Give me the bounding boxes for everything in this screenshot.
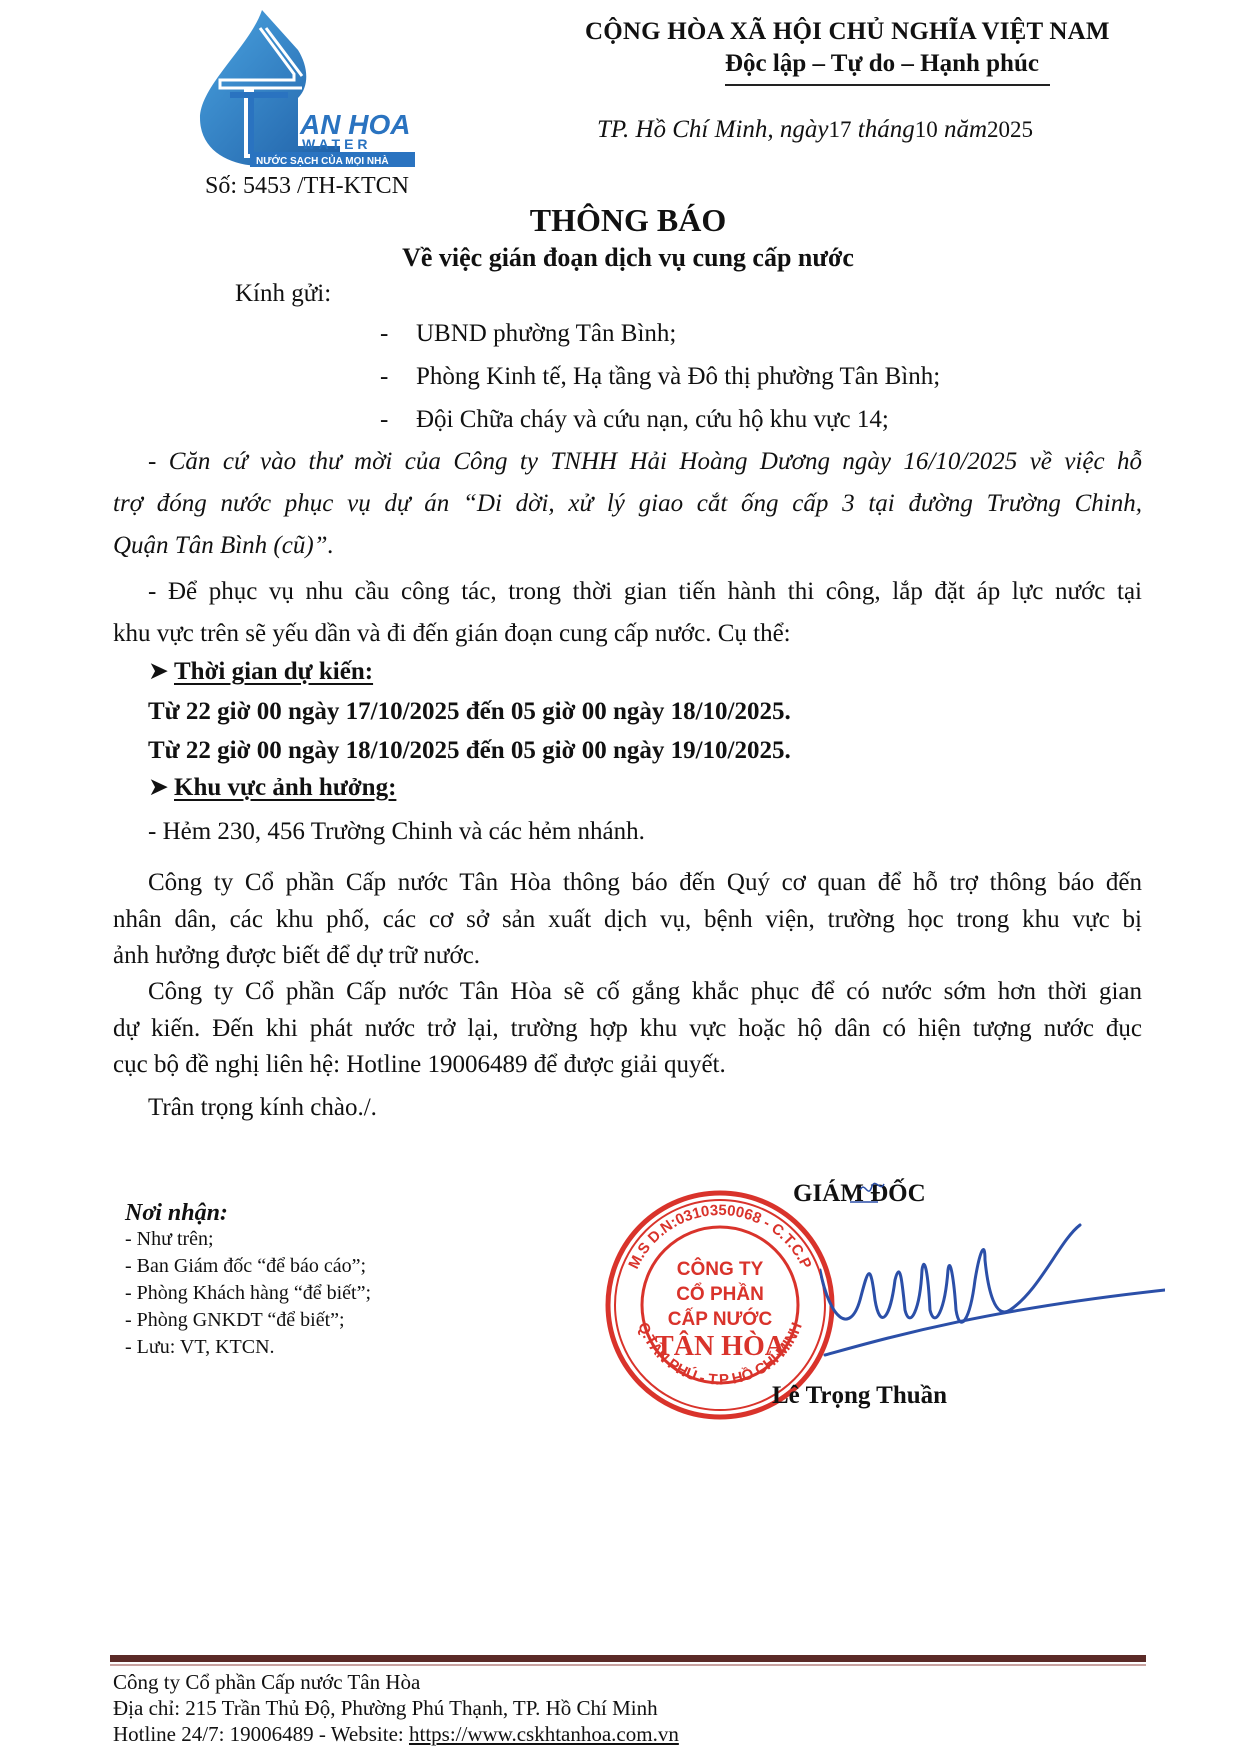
- effort-line: dự kiến. Đến khi phát nước trở lại, trườ…: [113, 1015, 1142, 1043]
- date-prefix: TP. Hồ Chí Minh, ngày: [597, 116, 829, 143]
- schedule-item: Từ 22 giờ 00 ngày 17/10/2025 đến 05 giờ …: [148, 698, 1177, 726]
- recipient-item: -Đội Chữa cháy và cứu nạn, cứu hộ khu vự…: [380, 406, 889, 434]
- svg-text:NƯỚC SẠCH CỦA MỌI NHÀ: NƯỚC SẠCH CỦA MỌI NHÀ: [256, 154, 389, 167]
- receiver-item: - Như trên;: [125, 1228, 214, 1251]
- basis-line: trợ đóng nước phục vụ dự án “Di dời, xử …: [113, 490, 1142, 518]
- date-year: 2025: [987, 117, 1033, 142]
- notice-line: nhân dân, các khu phố, các cơ sở sản xuấ…: [113, 906, 1142, 934]
- svg-text:WATER: WATER: [302, 136, 372, 152]
- notice-line: Công ty Cổ phần Cấp nước Tân Hòa thông b…: [148, 869, 1142, 897]
- footer-hotline: Hotline 24/7: 19006489 - Website:: [113, 1722, 409, 1746]
- footer-contact: Hotline 24/7: 19006489 - Website: https:…: [113, 1722, 679, 1747]
- website-link[interactable]: https://www.cskhtanhoa.com.vn: [409, 1722, 679, 1746]
- receivers-title: Nơi nhận:: [125, 1200, 228, 1227]
- footer-address: Địa chỉ: 215 Trần Thủ Độ, Phường Phú Thạ…: [113, 1696, 658, 1721]
- footer-company: Công ty Cổ phần Cấp nước Tân Hòa: [113, 1670, 420, 1695]
- document-number: Số: 5453 /TH-KTCN: [205, 173, 409, 200]
- effort-line: cục bộ đề nghị liên hệ: Hotline 19006489…: [113, 1051, 1142, 1079]
- receiver-item: - Lưu: VT, KTCN.: [125, 1336, 275, 1359]
- recipient-item: -Phòng Kinh tế, Hạ tầng và Đô thị phường…: [380, 363, 940, 391]
- receiver-item: - Ban Giám đốc “để báo cáo”;: [125, 1255, 366, 1278]
- date-month-label: tháng: [858, 116, 915, 143]
- arrow-bullet-icon: ➤: [148, 656, 174, 686]
- basis-line: Quận Tân Bình (cũ)”.: [113, 532, 1142, 560]
- svg-text:TÂN HÒA: TÂN HÒA: [655, 1331, 786, 1362]
- receiver-item: - Phòng GNKDT “để biết”;: [125, 1309, 345, 1332]
- signer-name: Lê Trọng Thuần: [772, 1382, 947, 1410]
- schedule-heading: ➤Thời gian dự kiến:: [148, 656, 373, 686]
- schedule-item: Từ 22 giờ 00 ngày 18/10/2025 đến 05 giờ …: [148, 737, 1177, 765]
- date-month: 10: [915, 117, 938, 142]
- national-motto: Độc lập – Tự do – Hạnh phúc: [725, 50, 1039, 78]
- svg-text:CỔ PHẦN: CỔ PHẦN: [676, 1283, 764, 1305]
- handwritten-signature: [820, 1160, 1165, 1390]
- company-logo: AN HOA WATER NƯỚC SẠCH CỦA MỌI NHÀ: [190, 6, 420, 171]
- date-day: 17: [829, 117, 852, 142]
- affected-area-heading: ➤Khu vực ảnh hưởng:: [148, 772, 396, 802]
- svg-text:CẤP NƯỚC: CẤP NƯỚC: [668, 1308, 773, 1330]
- purpose-line: - Để phục vụ nhu cầu công tác, trong thờ…: [148, 578, 1142, 606]
- date-year-label: năm: [944, 116, 987, 143]
- basis-line: - Căn cứ vào thư mời của Công ty TNHH Hả…: [148, 448, 1142, 476]
- nation-heading: CỘNG HÒA XÃ HỘI CHỦ NGHĨA VIỆT NAM: [585, 18, 1110, 46]
- svg-text:CÔNG TY: CÔNG TY: [677, 1258, 764, 1280]
- receiver-item: - Phòng Khách hàng “để biết”;: [125, 1282, 371, 1305]
- purpose-line: khu vực trên sẽ yếu dần và đi đến gián đ…: [113, 620, 1142, 648]
- document-title: THÔNG BÁO: [0, 202, 1256, 239]
- footer-divider: [110, 1655, 1146, 1662]
- salutation: Kính gửi:: [235, 280, 331, 308]
- document-subtitle: Về việc gián đoạn dịch vụ cung cấp nước: [0, 243, 1256, 273]
- motto-underline: [725, 84, 1050, 86]
- closing-line: Trân trọng kính chào./.: [148, 1094, 1177, 1122]
- date-line: TP. Hồ Chí Minh, ngày17 tháng10 năm2025: [597, 116, 1033, 144]
- affected-area-item: - Hẻm 230, 456 Trường Chinh và các hẻm n…: [148, 818, 1177, 846]
- footer-divider-thin: [110, 1664, 1146, 1666]
- effort-line: Công ty Cổ phần Cấp nước Tân Hòa sẽ cố g…: [148, 978, 1142, 1006]
- arrow-bullet-icon: ➤: [148, 772, 174, 802]
- notice-line: ảnh hưởng được biết để dự trữ nước.: [113, 942, 1142, 970]
- recipient-item: -UBND phường Tân Bình;: [380, 320, 676, 348]
